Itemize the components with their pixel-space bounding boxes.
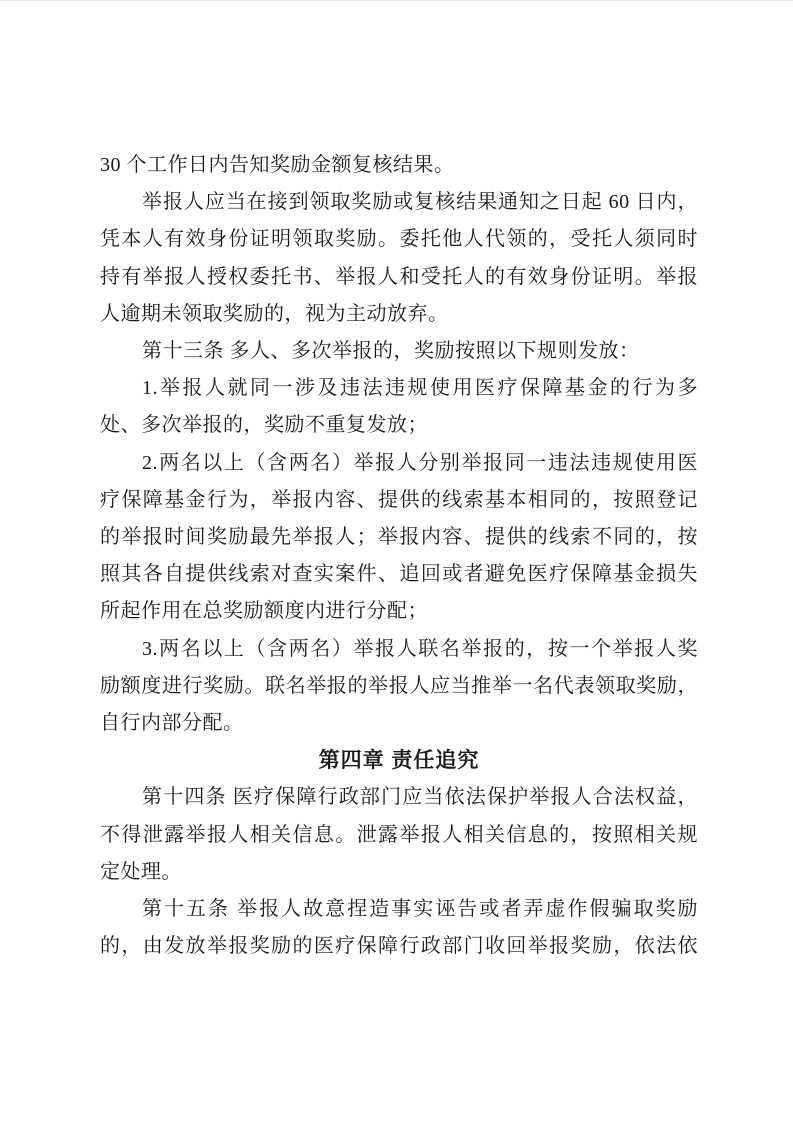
body-line: 人逾期未领取奖励的，视为主动放弃。 [100,296,698,333]
article-15-line: 第十五条 举报人故意捏造事实诬告或者弄虚作假骗取奖励 [100,891,698,928]
article-13-line: 第十三条 多人、多次举报的，奖励按照以下规则发放： [100,333,698,370]
body-line: 照其各自提供线索对查实案件、追回或者避免医疗保障基金损失 [100,556,698,593]
body-line: 疗保障基金行为，举报内容、提供的线索基本相同的，按照登记 [100,482,698,519]
body-line: 的举报时间奖励最先举报人；举报内容、提供的线索不同的，按 [100,519,698,556]
document-page: 30 个工作日内告知奖励金额复核结果。 举报人应当在接到领取奖励或复核结果通知之… [0,0,793,1123]
body-line: 不得泄露举报人相关信息。泄露举报人相关信息的，按照相关规 [100,817,698,854]
body-line: 处、多次举报的，奖励不重复发放； [100,407,698,444]
article-14-line: 第十四条 医疗保障行政部门应当依法保护举报人合法权益， [100,779,698,816]
body-line: 的，由发放举报奖励的医疗保障行政部门收回举报奖励，依法依 [100,928,698,965]
body-line: 定处理。 [100,854,698,891]
body-line: 所起作用在总奖励额度内进行分配； [100,593,698,630]
body-line: 励额度进行奖励。联名举报的举报人应当推举一名代表领取奖励， [100,668,698,705]
body-line: 2.两名以上（含两名）举报人分别举报同一违法违规使用医 [100,445,698,482]
chapter-heading: 第四章 责任追究 [100,742,698,779]
body-line: 举报人应当在接到领取奖励或复核结果通知之日起 60 日内， [100,184,698,221]
document-text-block: 30 个工作日内告知奖励金额复核结果。 举报人应当在接到领取奖励或复核结果通知之… [100,147,698,965]
body-line: 1.举报人就同一涉及违法违规使用医疗保障基金的行为多 [100,370,698,407]
body-line: 凭本人有效身份证明领取奖励。委托他人代领的，受托人须同时 [100,221,698,258]
body-line: 3.两名以上（含两名）举报人联名举报的，按一个举报人奖 [100,631,698,668]
body-line: 自行内部分配。 [100,705,698,742]
body-line: 持有举报人授权委托书、举报人和受托人的有效身份证明。举报 [100,259,698,296]
body-line: 30 个工作日内告知奖励金额复核结果。 [100,147,698,184]
